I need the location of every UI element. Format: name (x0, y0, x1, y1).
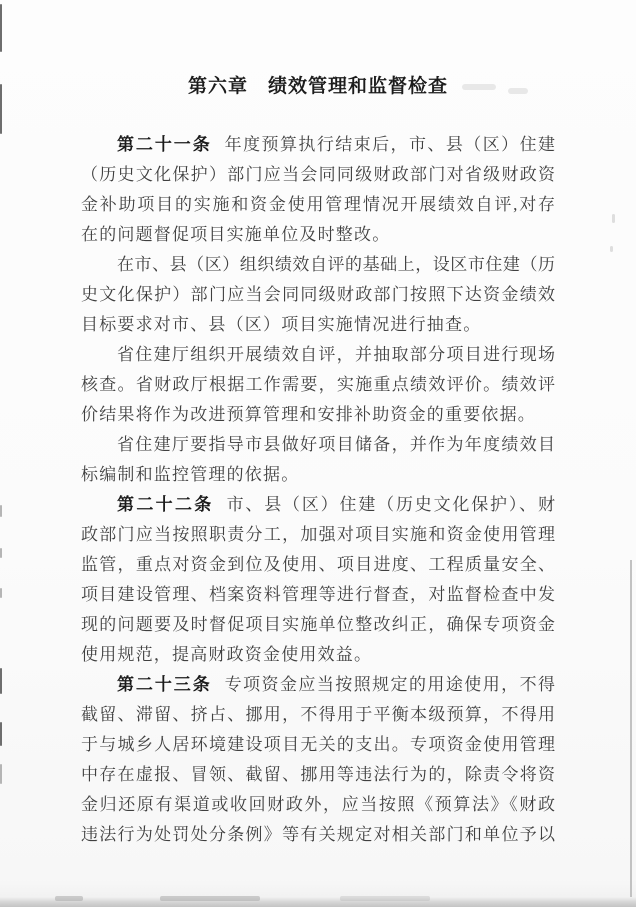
body-line: 史文化保护）部门应当会同同级财政部门按照下达资金绩效 (81, 280, 555, 310)
scan-left-edge-mark (0, 84, 2, 134)
scan-left-edge-mark (0, 4, 2, 52)
chapter-heading: 第六章 绩效管理和监督检查 (81, 72, 555, 102)
body-line: 标编制和监控管理的依据。 (81, 460, 555, 490)
scan-left-edge-mark (0, 668, 2, 694)
body-line: 金归还原有渠道或收回财政外，应当按照《预算法》《财政 (81, 790, 555, 820)
body-line: 价结果将作为改进预算管理和安排补助资金的重要依据。 (81, 400, 555, 430)
body-line: 使用规范，提高财政资金使用效益。 (81, 640, 555, 670)
body-line: 省住建厅组织开展绩效自评，并抽取部分项目进行现场 (81, 340, 555, 370)
scan-left-edge-mark (0, 722, 2, 746)
body-line: 政部门应当按照职责分工，加强对项目实施和资金使用管理 (81, 520, 555, 550)
document-body: 第二十一条年度预算执行结束后，市、县（区）住建（历史文化保护）部门应当会同同级财… (81, 130, 555, 850)
body-line: 监管，重点对资金到位及使用、项目进度、工程质量安全、 (81, 550, 555, 580)
scan-bottom-edge (0, 897, 636, 907)
scan-left-edge-mark (0, 505, 2, 517)
body-line: 目标要求对市、县（区）项目实施情况进行抽查。 (81, 310, 555, 340)
scan-speck (612, 214, 615, 223)
article-number: 第二十二条 (117, 495, 214, 514)
body-line: 核查。省财政厅根据工作需要，实施重点绩效评价。绩效评 (81, 370, 555, 400)
body-line: 中存在虚报、冒领、截留、挪用等违法行为的，除责令将资 (81, 760, 555, 790)
body-line: 违法行为处罚处分条例》等有关规定对相关部门和单位予以 (81, 820, 555, 850)
body-line: 第二十一条年度预算执行结束后，市、县（区）住建 (81, 130, 555, 160)
body-line: 第二十二条市、县（区）住建（历史文化保护）、财 (81, 490, 555, 520)
body-line: 金补助项目的实施和资金使用管理情况开展绩效自评,对存 (81, 190, 555, 220)
body-line: 省住建厅要指导市县做好项目储备，并作为年度绩效目 (81, 430, 555, 460)
body-line: 现的问题要及时督促项目实施单位整改纠正，确保专项资金 (81, 610, 555, 640)
body-line: 在的问题督促项目实施单位及时整改。 (81, 220, 555, 250)
body-line: 在市、县（区）组织绩效自评的基础上，设区市住建（历 (81, 250, 555, 280)
scan-bottom-smudge (55, 896, 83, 901)
body-line: 于与城乡人居环境建设项目无关的支出。专项资金使用管理 (81, 730, 555, 760)
scan-left-edge-mark (0, 764, 2, 784)
scan-left-edge-mark (0, 588, 2, 598)
scan-speck (610, 246, 613, 252)
body-line: 截留、滞留、挤占、挪用，不得用于平衡本级预算，不得用 (81, 700, 555, 730)
article-number: 第二十一条 (117, 135, 212, 154)
scan-right-edge-line (630, 560, 632, 907)
article-number: 第二十三条 (117, 675, 212, 694)
scan-left-edge-mark (0, 548, 2, 558)
scan-bottom-smudge (340, 896, 430, 901)
scan-bottom-smudge (160, 896, 260, 901)
body-line: （历史文化保护）部门应当会同同级财政部门对省级财政资 (81, 160, 555, 190)
scanned-page: 第六章 绩效管理和监督检查 第二十一条年度预算执行结束后，市、县（区）住建（历史… (0, 0, 636, 907)
body-line: 第二十三条专项资金应当按照规定的用途使用，不得 (81, 670, 555, 700)
body-line: 项目建设管理、档案资料管理等进行督查，对监督检查中发 (81, 580, 555, 610)
